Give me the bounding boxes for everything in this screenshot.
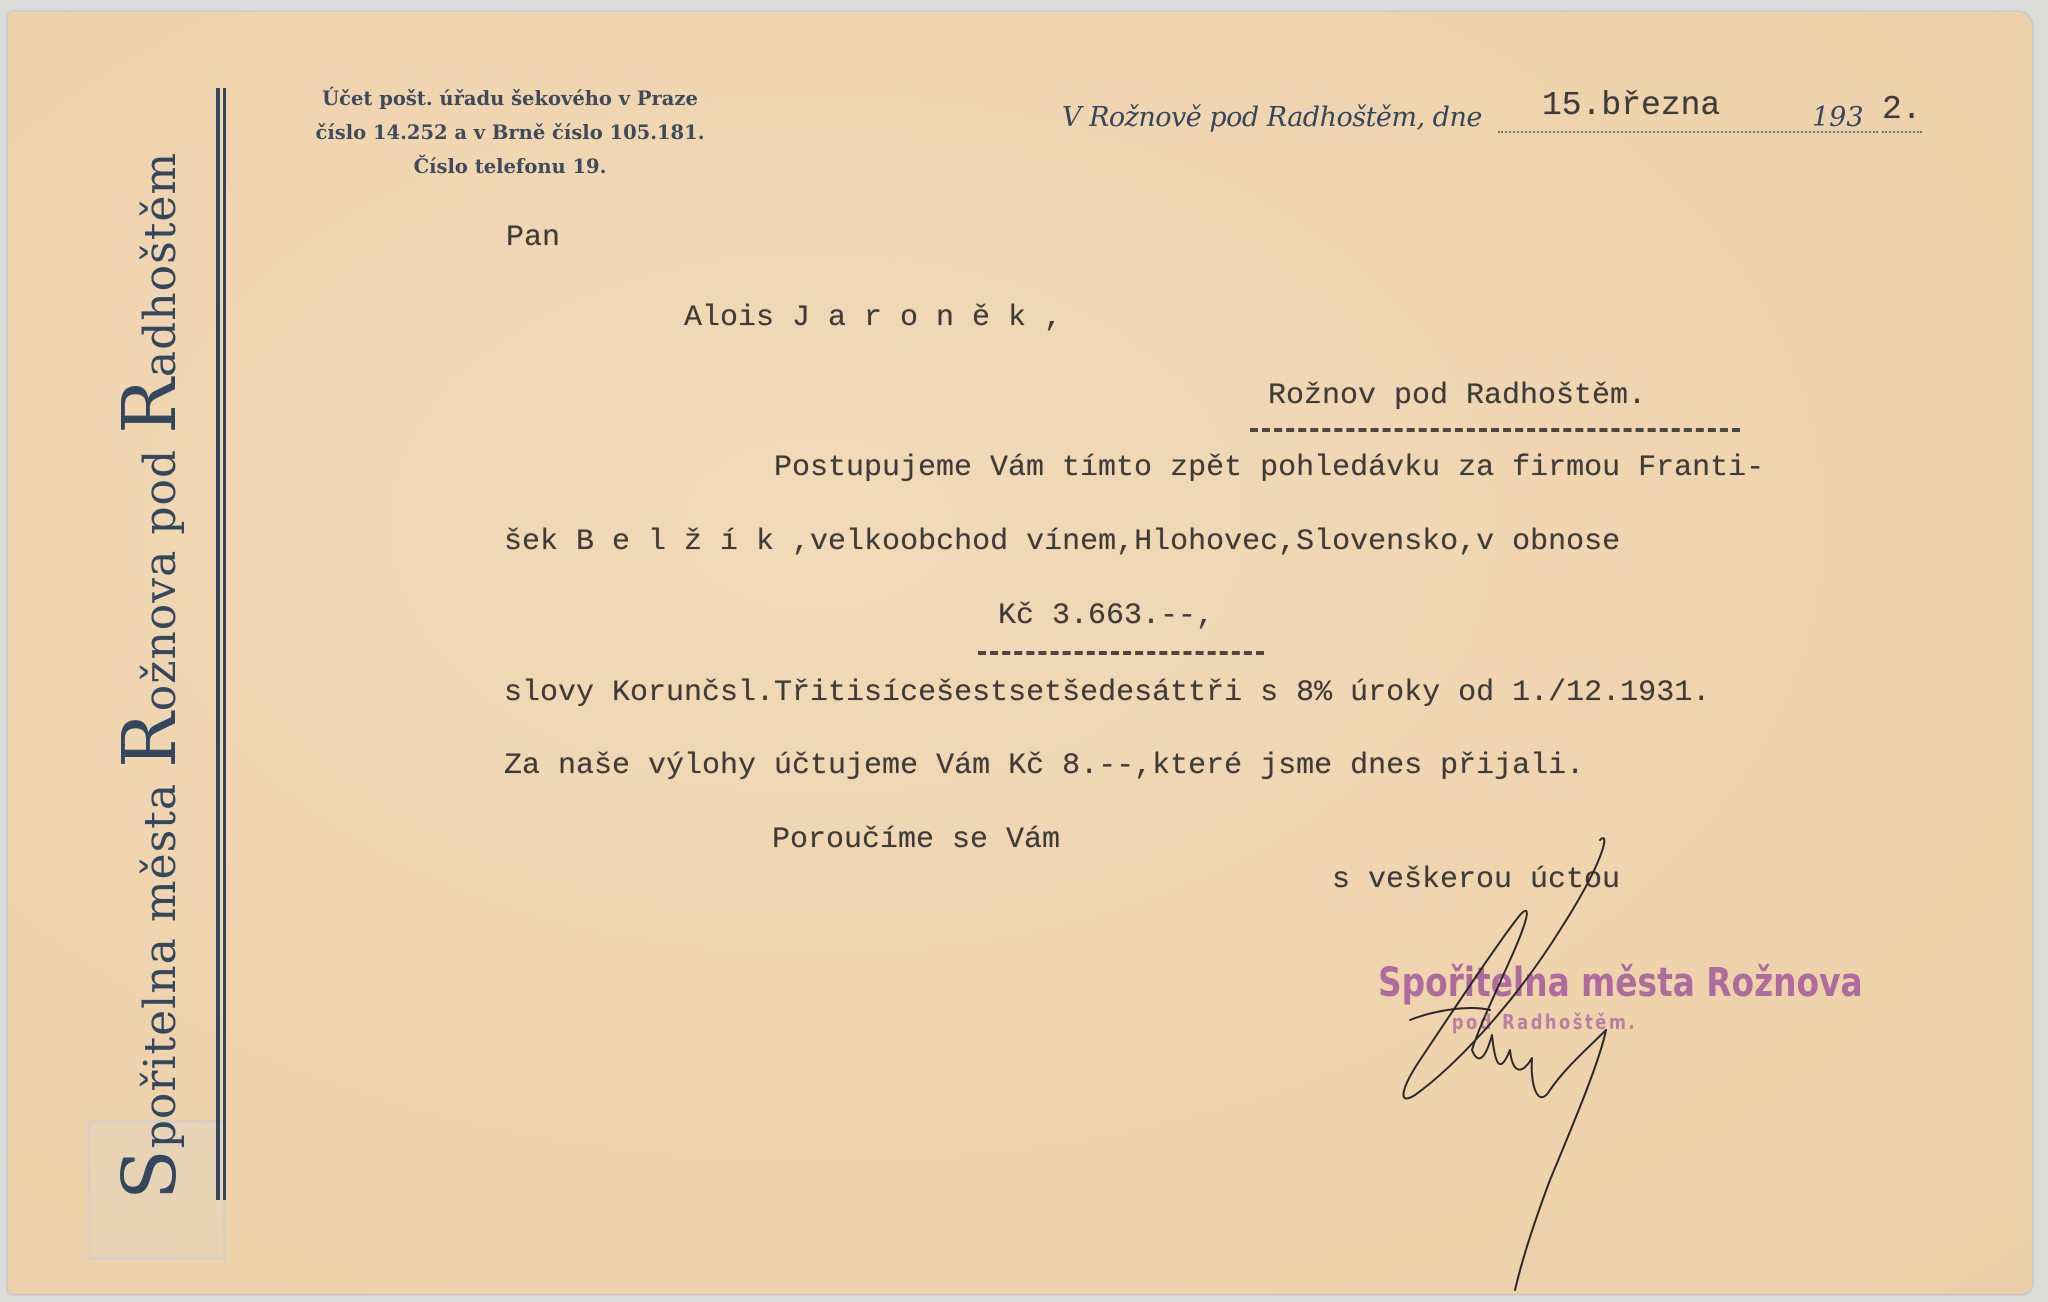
letterhead-vertical-title: Spořitelna města Rožnova pod Radhoštěm <box>120 152 191 1200</box>
dateline-year-dotted-line <box>1882 131 1922 133</box>
amount-in-words-line: slovy Korunčsl.Třitisícešestsetšedesáttř… <box>504 675 1710 711</box>
fees-line: Za naše výlohy účtujeme Vám Kč 8.--,kter… <box>504 748 1584 784</box>
dateline: V Rožnově pod Radhoštěm, dne 15.března 1… <box>1062 88 1922 138</box>
letterhead-word-1: pořitelna města <box>135 768 186 1148</box>
letterhead-cap-r2: R <box>107 377 193 434</box>
recipient-name: Alois J a r o n ě k , <box>684 300 1062 336</box>
letterhead-cap-s: S <box>107 1148 193 1200</box>
recipient-city: Rožnov pod Radhoštěm. <box>1268 378 1646 414</box>
dateline-year-suffix: 2. <box>1882 92 1922 128</box>
letterhead-word-2: ožnova pod <box>135 434 186 711</box>
dateline-place: V Rožnově pod Radhoštěm, dne <box>1062 102 1482 133</box>
phone-line: Číslo telefonu 19. <box>300 150 720 184</box>
recipient-city-underline <box>1250 428 1740 432</box>
handwritten-signature-icon <box>1360 820 1660 1300</box>
letterhead-word-3: adhoštěm <box>135 152 186 377</box>
account-info-block: Účet pošt. úřadu šekového v Praze číslo … <box>300 82 720 184</box>
account-line-2: číslo 14.252 a v Brně číslo 105.181. <box>300 116 720 150</box>
letterhead-cap-r1: R <box>107 711 193 768</box>
letterhead-double-rule-outer <box>216 88 220 1200</box>
closing-line-1: Poroučíme se Vám <box>772 822 1060 858</box>
dateline-day: 15.března <box>1542 88 1720 124</box>
account-line-1: Účet pošt. úřadu šekového v Praze <box>300 82 720 116</box>
body-line-2: šek B e l ž í k ,velkoobchod vínem,Hloho… <box>504 524 1620 560</box>
amount: Kč 3.663.--, <box>998 598 1214 634</box>
body-line-1: Postupujeme Vám tímto zpět pohledávku za… <box>774 450 1764 486</box>
letterhead-double-rule-inner <box>223 88 226 1200</box>
amount-underline <box>978 651 1264 655</box>
salutation: Pan <box>506 220 560 256</box>
dateline-year-prefix: 193 <box>1812 102 1864 133</box>
